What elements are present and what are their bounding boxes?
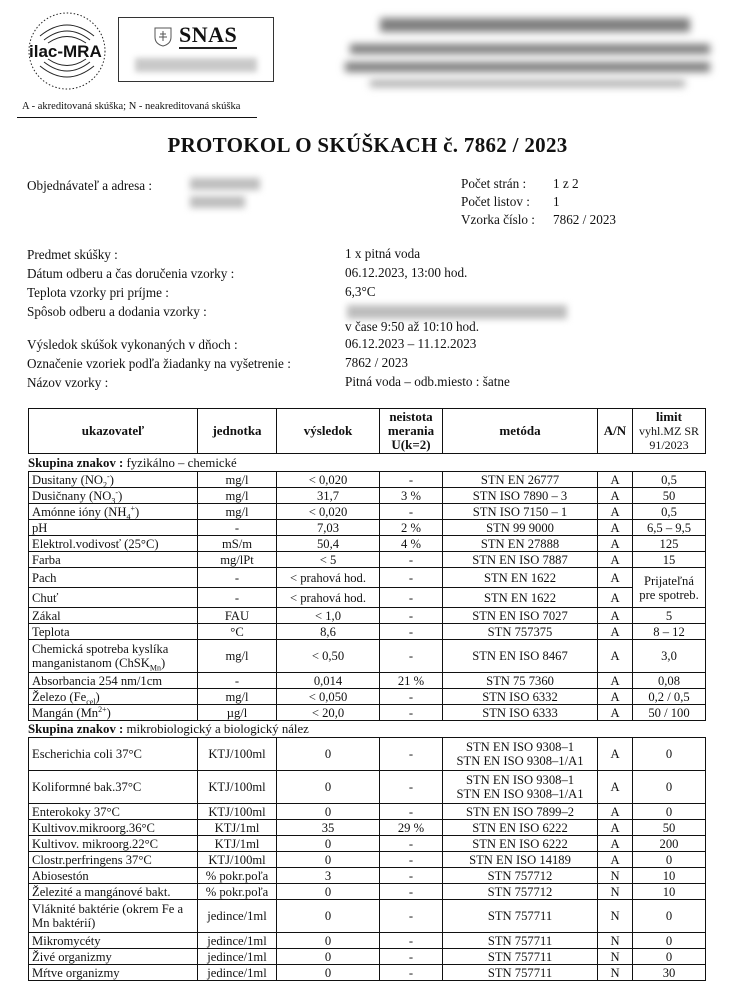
cell-an: N: [598, 965, 633, 981]
col-uncertainty-line3: U(k=2): [383, 438, 439, 452]
method-line: STN 757711: [446, 950, 594, 964]
detail-label: Názov vzorky :: [27, 374, 108, 392]
method-line: STN ISO 7150 – 1: [446, 505, 594, 519]
col-uncertainty-line2: merania: [383, 424, 439, 438]
method-line: STN ISO 7890 – 3: [446, 489, 594, 503]
slovak-crest-icon: [154, 27, 172, 47]
cell-unit: mg/l: [198, 640, 277, 673]
detail-value: v čase 9:50 až 10:10 hod.: [345, 318, 479, 336]
cell-limit: 0: [633, 738, 706, 771]
cell-unit: jedince/1ml: [198, 965, 277, 981]
method-line: STN 757712: [446, 869, 594, 883]
cell-unit: % pokr.poľa: [198, 884, 277, 900]
cell-an: A: [598, 852, 633, 868]
cell-an: A: [598, 472, 633, 488]
cell-unit: -: [198, 568, 277, 588]
cell-method: STN ISO 7150 – 1: [443, 504, 598, 520]
cell-uncertainty: -: [380, 588, 443, 608]
cell-an: A: [598, 640, 633, 673]
meta-value-sample: 7862 / 2023: [553, 211, 616, 229]
detail-value: 7862 / 2023: [345, 354, 408, 372]
detail-value: Pitná voda – odb.miesto : šatne: [345, 373, 510, 391]
cell-method: STN EN ISO 7887: [443, 552, 598, 568]
cell-indicator: Pach: [29, 568, 198, 588]
cell-indicator: Mangán (Mn2+): [29, 705, 198, 721]
table-row: Dusitany (NO2-)mg/l< 0,020-STN EN 26777A…: [29, 472, 706, 488]
cell-method: STN 757711: [443, 965, 598, 981]
svg-text:ilac-MRA: ilac-MRA: [29, 42, 102, 61]
table-row: Koliformné bak.37°CKTJ/100ml0-STN EN ISO…: [29, 771, 706, 804]
table-row: Kultivov. mikroorg.22°CKTJ/1ml0-STN EN I…: [29, 836, 706, 852]
table-row: Mangán (Mn2+)µg/l< 20,0-STN ISO 6333A50 …: [29, 705, 706, 721]
cell-limit: 15: [633, 552, 706, 568]
redacted-client-name: [190, 178, 260, 190]
cell-result: 0: [277, 771, 380, 804]
cell-limit: 125: [633, 536, 706, 552]
cell-an: A: [598, 568, 633, 588]
method-line: STN EN 1622: [446, 591, 594, 605]
cell-result: 0: [277, 933, 380, 949]
cell-result: 50,4: [277, 536, 380, 552]
table-row: Elektrol.vodivosť (25°C)mS/m50,44 %STN E…: [29, 536, 706, 552]
table-row: Mŕtve organizmyjedince/1ml0-STN 757711N3…: [29, 965, 706, 981]
cell-uncertainty: -: [380, 933, 443, 949]
cell-limit: 0: [633, 804, 706, 820]
cell-uncertainty: -: [380, 804, 443, 820]
table-row: Železité a mangánové bakt.% pokr.poľa0-S…: [29, 884, 706, 900]
cell-limit: 0: [633, 933, 706, 949]
cell-uncertainty: -: [380, 965, 443, 981]
cell-method: STN 757375: [443, 624, 598, 640]
table-row: Pach-< prahová hod.-STN EN 1622APrijateľ…: [29, 568, 706, 588]
cell-unit: mg/l: [198, 472, 277, 488]
cell-uncertainty: -: [380, 705, 443, 721]
method-line: STN ISO 6333: [446, 706, 594, 720]
table-row: ZákalFAU< 1,0-STN EN ISO 7027A5: [29, 608, 706, 624]
results-table-header: ukazovateľ jednotka výsledok neistota me…: [28, 408, 706, 454]
col-uncertainty-line1: neistota: [383, 410, 439, 424]
redacted-laboratory-info: [340, 10, 720, 90]
method-line: STN EN 1622: [446, 571, 594, 585]
method-line: STN EN ISO 9308–1: [446, 740, 594, 754]
cell-indicator: Farba: [29, 552, 198, 568]
cell-method: STN 99 9000: [443, 520, 598, 536]
cell-uncertainty: -: [380, 884, 443, 900]
cell-limit: 3,0: [633, 640, 706, 673]
cell-result: 0,014: [277, 673, 380, 689]
meta-label: Vzorka číslo :: [461, 211, 553, 229]
subscript: 2: [103, 480, 107, 489]
method-line: STN 757711: [446, 934, 594, 948]
table-row: Kultivov.mikroorg.36°CKTJ/1ml3529 %STN E…: [29, 820, 706, 836]
meta-label: Počet listov :: [461, 193, 553, 211]
cell-result: 0: [277, 949, 380, 965]
cell-method: STN 757712: [443, 868, 598, 884]
group-label-microbiological: Skupina znakov : mikrobiologický a biolo…: [28, 722, 309, 737]
table-row: Teplota°C8,6-STN 757375A8 – 12: [29, 624, 706, 640]
cell-uncertainty: -: [380, 608, 443, 624]
redacted-registration: [135, 58, 257, 72]
cell-indicator: Železité a mangánové bakt.: [29, 884, 198, 900]
cell-indicator: Escherichia coli 37°C: [29, 738, 198, 771]
superscript: 2+: [98, 704, 107, 713]
detail-label: Dátum odberu a čas doručenia vzorky :: [27, 265, 234, 283]
cell-an: N: [598, 884, 633, 900]
cell-an: A: [598, 588, 633, 608]
cell-unit: KTJ/1ml: [198, 836, 277, 852]
cell-indicator: Amónne ióny (NH4+): [29, 504, 198, 520]
cell-method: STN 75 7360: [443, 673, 598, 689]
cell-uncertainty: -: [380, 640, 443, 673]
redacted-client-address: [190, 196, 245, 208]
cell-uncertainty: 3 %: [380, 488, 443, 504]
cell-method: STN EN 1622: [443, 568, 598, 588]
cell-uncertainty: 4 %: [380, 536, 443, 552]
meta-value-sheets: 1: [553, 193, 560, 211]
cell-unit: KTJ/100ml: [198, 771, 277, 804]
table-row: Amónne ióny (NH4+)mg/l< 0,020-STN ISO 71…: [29, 504, 706, 520]
cell-an: A: [598, 608, 633, 624]
table-row: Dusičnany (NO3-)mg/l31,73 %STN ISO 7890 …: [29, 488, 706, 504]
subscript: 4: [126, 512, 130, 521]
cell-indicator: pH: [29, 520, 198, 536]
results-table-microbiological: Escherichia coli 37°CKTJ/100ml0-STN EN I…: [28, 737, 706, 981]
cell-method: STN 757711: [443, 900, 598, 933]
cell-uncertainty: -: [380, 771, 443, 804]
detail-value: 6,3°C: [345, 283, 376, 301]
cell-limit: 10: [633, 884, 706, 900]
cell-result: 0: [277, 884, 380, 900]
method-line: STN EN ISO 9308–1: [446, 773, 594, 787]
cell-an: A: [598, 504, 633, 520]
method-line: STN EN ISO 9308–1/A1: [446, 787, 594, 801]
cell-method: STN EN ISO 14189: [443, 852, 598, 868]
cell-result: 31,7: [277, 488, 380, 504]
cell-an: A: [598, 804, 633, 820]
cell-indicator: Absorbancia 254 nm/1cm: [29, 673, 198, 689]
snas-title: SNAS: [179, 24, 237, 49]
method-line: STN EN ISO 7899–2: [446, 805, 594, 819]
cell-an: A: [598, 738, 633, 771]
cell-unit: KTJ/100ml: [198, 738, 277, 771]
divider: [17, 117, 257, 118]
cell-indicator: Chemická spotreba kyslíka manganistanom …: [29, 640, 198, 673]
cell-method: STN EN ISO 9308–1STN EN ISO 9308–1/A1: [443, 738, 598, 771]
snas-logo: SNAS: [118, 17, 274, 82]
cell-limit: 50 / 100: [633, 705, 706, 721]
cell-unit: jedince/1ml: [198, 949, 277, 965]
cell-limit: 0: [633, 852, 706, 868]
meta-block: Počet strán :1 z 2 Počet listov :1 Vzork…: [461, 175, 616, 229]
limit-line: Prijateľná: [636, 574, 702, 588]
cell-uncertainty: -: [380, 900, 443, 933]
detail-label: Označenie vzoriek podľa žiadanky na vyše…: [27, 355, 291, 373]
col-limit: limit vyhl.MZ SR 91/2023: [633, 409, 706, 454]
cell-uncertainty: -: [380, 504, 443, 520]
cell-unit: -: [198, 520, 277, 536]
cell-limit: 50: [633, 488, 706, 504]
col-limit-line1: limit: [636, 410, 702, 424]
col-an: A/N: [598, 409, 633, 454]
cell-method: STN 757711: [443, 949, 598, 965]
table-row: Mikromycétyjedince/1ml0-STN 757711N0: [29, 933, 706, 949]
cell-unit: mg/lPt: [198, 552, 277, 568]
cell-an: A: [598, 689, 633, 705]
table-row: Vláknité baktérie (okrem Fe a Mn baktéri…: [29, 900, 706, 933]
method-line: STN ISO 6332: [446, 690, 594, 704]
method-line: STN 757712: [446, 885, 594, 899]
table-row: Chuť-< prahová hod.-STN EN 1622A: [29, 588, 706, 608]
cell-unit: % pokr.poľa: [198, 868, 277, 884]
table-row: Chemická spotreba kyslíka manganistanom …: [29, 640, 706, 673]
cell-result: 0: [277, 836, 380, 852]
table-row: pH-7,032 %STN 99 9000A6,5 – 9,5: [29, 520, 706, 536]
cell-an: A: [598, 705, 633, 721]
cell-result: 0: [277, 804, 380, 820]
cell-limit: 0,08: [633, 673, 706, 689]
cell-limit: 0,5: [633, 472, 706, 488]
meta-value-pages: 1 z 2: [553, 175, 579, 193]
cell-method: STN EN ISO 7027: [443, 608, 598, 624]
cell-result: < 0,050: [277, 689, 380, 705]
cell-limit: 50: [633, 820, 706, 836]
cell-an: A: [598, 836, 633, 852]
cell-result: < prahová hod.: [277, 588, 380, 608]
cell-result: 8,6: [277, 624, 380, 640]
cell-an: A: [598, 520, 633, 536]
cell-method: STN EN ISO 6222: [443, 836, 598, 852]
cell-uncertainty: -: [380, 472, 443, 488]
page-title: PROTOKOL O SKÚŠKACH č. 7862 / 2023: [0, 133, 735, 158]
table-row: Farbamg/lPt< 5-STN EN ISO 7887A15: [29, 552, 706, 568]
subscript: Mn: [150, 664, 161, 673]
redacted-sampling-method: [347, 305, 567, 319]
cell-indicator: Kultivov. mikroorg.22°C: [29, 836, 198, 852]
cell-limit: 0: [633, 900, 706, 933]
cell-result: 0: [277, 852, 380, 868]
method-line: STN EN ISO 7027: [446, 609, 594, 623]
cell-method: STN ISO 7890 – 3: [443, 488, 598, 504]
cell-result: < 0,50: [277, 640, 380, 673]
cell-limit: 0,5: [633, 504, 706, 520]
cell-method: STN EN ISO 6222: [443, 820, 598, 836]
cell-method: STN EN ISO 8467: [443, 640, 598, 673]
method-line: STN EN ISO 8467: [446, 649, 594, 663]
table-row: Absorbancia 254 nm/1cm-0,01421 %STN 75 7…: [29, 673, 706, 689]
cell-an: A: [598, 552, 633, 568]
cell-indicator: Chuť: [29, 588, 198, 608]
cell-indicator: Clostr.perfringens 37°C: [29, 852, 198, 868]
cell-result: 0: [277, 965, 380, 981]
cell-result: < 0,020: [277, 504, 380, 520]
cell-indicator: Mŕtve organizmy: [29, 965, 198, 981]
cell-an: A: [598, 771, 633, 804]
cell-an: N: [598, 933, 633, 949]
cell-limit: 200: [633, 836, 706, 852]
cell-result: < 1,0: [277, 608, 380, 624]
limit-line: pre spotreb.: [636, 588, 702, 602]
cell-limit: 0: [633, 771, 706, 804]
cell-method: STN EN ISO 7899–2: [443, 804, 598, 820]
cell-indicator: Teplota: [29, 624, 198, 640]
cell-result: < 5: [277, 552, 380, 568]
cell-unit: KTJ/100ml: [198, 804, 277, 820]
cell-unit: µg/l: [198, 705, 277, 721]
cell-uncertainty: 2 %: [380, 520, 443, 536]
cell-method: STN EN 26777: [443, 472, 598, 488]
cell-unit: mg/l: [198, 504, 277, 520]
cell-result: 35: [277, 820, 380, 836]
cell-an: N: [598, 949, 633, 965]
method-line: STN EN 26777: [446, 473, 594, 487]
detail-value: 06.12.2023 – 11.12.2023: [345, 335, 476, 353]
cell-method: STN 757712: [443, 884, 598, 900]
subscript: 3: [111, 496, 115, 505]
cell-indicator: Kultivov.mikroorg.36°C: [29, 820, 198, 836]
cell-uncertainty: -: [380, 949, 443, 965]
cell-uncertainty: 21 %: [380, 673, 443, 689]
cell-an: N: [598, 868, 633, 884]
cell-indicator: Koliformné bak.37°C: [29, 771, 198, 804]
method-line: STN 757375: [446, 625, 594, 639]
cell-unit: FAU: [198, 608, 277, 624]
cell-method: STN EN 27888: [443, 536, 598, 552]
detail-label: Teplota vzorky pri príjme :: [27, 284, 169, 302]
cell-uncertainty: -: [380, 689, 443, 705]
col-limit-line2: vyhl.MZ SR: [636, 424, 702, 438]
cell-an: A: [598, 673, 633, 689]
method-line: STN 757711: [446, 966, 594, 980]
cell-result: 0: [277, 738, 380, 771]
cell-result: < 0,020: [277, 472, 380, 488]
cell-limit: 5: [633, 608, 706, 624]
cell-limit: 30: [633, 965, 706, 981]
cell-unit: mg/l: [198, 488, 277, 504]
detail-value: 06.12.2023, 13:00 hod.: [345, 264, 467, 282]
cell-limit: 0,2 / 0,5: [633, 689, 706, 705]
method-line: STN EN ISO 7887: [446, 553, 594, 567]
cell-uncertainty: -: [380, 624, 443, 640]
col-uncertainty: neistota merania U(k=2): [380, 409, 443, 454]
cell-uncertainty: -: [380, 568, 443, 588]
cell-method: STN EN ISO 9308–1STN EN ISO 9308–1/A1: [443, 771, 598, 804]
method-line: STN 75 7360: [446, 674, 594, 688]
cell-unit: jedince/1ml: [198, 900, 277, 933]
superscript: -: [115, 487, 118, 496]
method-line: STN EN ISO 9308–1/A1: [446, 754, 594, 768]
cell-an: N: [598, 900, 633, 933]
superscript: -: [107, 471, 110, 480]
cell-indicator: Živé organizmy: [29, 949, 198, 965]
col-indicator: ukazovateľ: [29, 409, 198, 454]
cell-limit: Prijateľnápre spotreb.: [633, 568, 706, 608]
cell-result: 7,03: [277, 520, 380, 536]
cell-method: STN ISO 6332: [443, 689, 598, 705]
method-line: STN 99 9000: [446, 521, 594, 535]
cell-result: 3: [277, 868, 380, 884]
table-row: Živé organizmyjedince/1ml0-STN 757711N0: [29, 949, 706, 965]
col-method: metóda: [443, 409, 598, 454]
table-row: Escherichia coli 37°CKTJ/100ml0-STN EN I…: [29, 738, 706, 771]
detail-label: Spôsob odberu a dodania vzorky :: [27, 303, 207, 321]
cell-unit: jedince/1ml: [198, 933, 277, 949]
cell-method: STN ISO 6333: [443, 705, 598, 721]
cell-indicator: Vláknité baktérie (okrem Fe a Mn baktéri…: [29, 900, 198, 933]
cell-indicator: Dusičnany (NO3-): [29, 488, 198, 504]
table-row: Abiosestón% pokr.poľa3-STN 757712N10: [29, 868, 706, 884]
cell-an: A: [598, 488, 633, 504]
method-line: STN EN 27888: [446, 537, 594, 551]
superscript: +: [130, 503, 135, 512]
method-line: STN 757711: [446, 909, 594, 923]
cell-limit: 6,5 – 9,5: [633, 520, 706, 536]
col-result: výsledok: [277, 409, 380, 454]
cell-uncertainty: -: [380, 738, 443, 771]
table-row: Clostr.perfringens 37°CKTJ/100ml0-STN EN…: [29, 852, 706, 868]
cell-an: A: [598, 536, 633, 552]
cell-uncertainty: -: [380, 836, 443, 852]
cell-result: < prahová hod.: [277, 568, 380, 588]
cell-unit: °C: [198, 624, 277, 640]
cell-result: < 20,0: [277, 705, 380, 721]
subscript: cel: [86, 697, 95, 706]
method-line: STN EN ISO 6222: [446, 837, 594, 851]
cell-an: A: [598, 820, 633, 836]
accreditation-legend: A - akreditovaná skúška; N - neakreditov…: [22, 101, 240, 112]
cell-unit: KTJ/1ml: [198, 820, 277, 836]
cell-indicator: Mikromycéty: [29, 933, 198, 949]
table-row: Enterokoky 37°CKTJ/100ml0-STN EN ISO 789…: [29, 804, 706, 820]
detail-label: Predmet skúšky :: [27, 246, 118, 264]
ilac-mra-logo: ilac-MRA: [26, 10, 108, 92]
cell-unit: mg/l: [198, 689, 277, 705]
meta-label: Počet strán :: [461, 175, 553, 193]
col-unit: jednotka: [198, 409, 277, 454]
cell-unit: -: [198, 673, 277, 689]
table-row: Železo (Fecel)mg/l< 0,050-STN ISO 6332A0…: [29, 689, 706, 705]
cell-method: STN EN 1622: [443, 588, 598, 608]
detail-label: Výsledok skúšok vykonaných v dňoch :: [27, 336, 238, 354]
cell-limit: 0: [633, 949, 706, 965]
group-label-physico-chemical: Skupina znakov : fyzikálno – chemické: [28, 456, 237, 471]
cell-indicator: Elektrol.vodivosť (25°C): [29, 536, 198, 552]
cell-uncertainty: -: [380, 868, 443, 884]
cell-uncertainty: 29 %: [380, 820, 443, 836]
cell-uncertainty: -: [380, 852, 443, 868]
cell-indicator: Abiosestón: [29, 868, 198, 884]
cell-indicator: Zákal: [29, 608, 198, 624]
cell-indicator: Železo (Fecel): [29, 689, 198, 705]
cell-uncertainty: -: [380, 552, 443, 568]
cell-unit: KTJ/100ml: [198, 852, 277, 868]
cell-an: A: [598, 624, 633, 640]
detail-value: 1 x pitná voda: [345, 245, 420, 263]
cell-unit: -: [198, 588, 277, 608]
col-limit-line3: 91/2023: [636, 438, 702, 452]
cell-limit: 8 – 12: [633, 624, 706, 640]
client-label: Objednávateľ a adresa :: [27, 177, 152, 195]
results-table-physico-chemical: Dusitany (NO2-)mg/l< 0,020-STN EN 26777A…: [28, 471, 706, 721]
method-line: STN EN ISO 14189: [446, 853, 594, 867]
cell-indicator: Enterokoky 37°C: [29, 804, 198, 820]
cell-result: 0: [277, 900, 380, 933]
method-line: STN EN ISO 6222: [446, 821, 594, 835]
cell-unit: mS/m: [198, 536, 277, 552]
cell-method: STN 757711: [443, 933, 598, 949]
cell-indicator: Dusitany (NO2-): [29, 472, 198, 488]
cell-limit: 10: [633, 868, 706, 884]
